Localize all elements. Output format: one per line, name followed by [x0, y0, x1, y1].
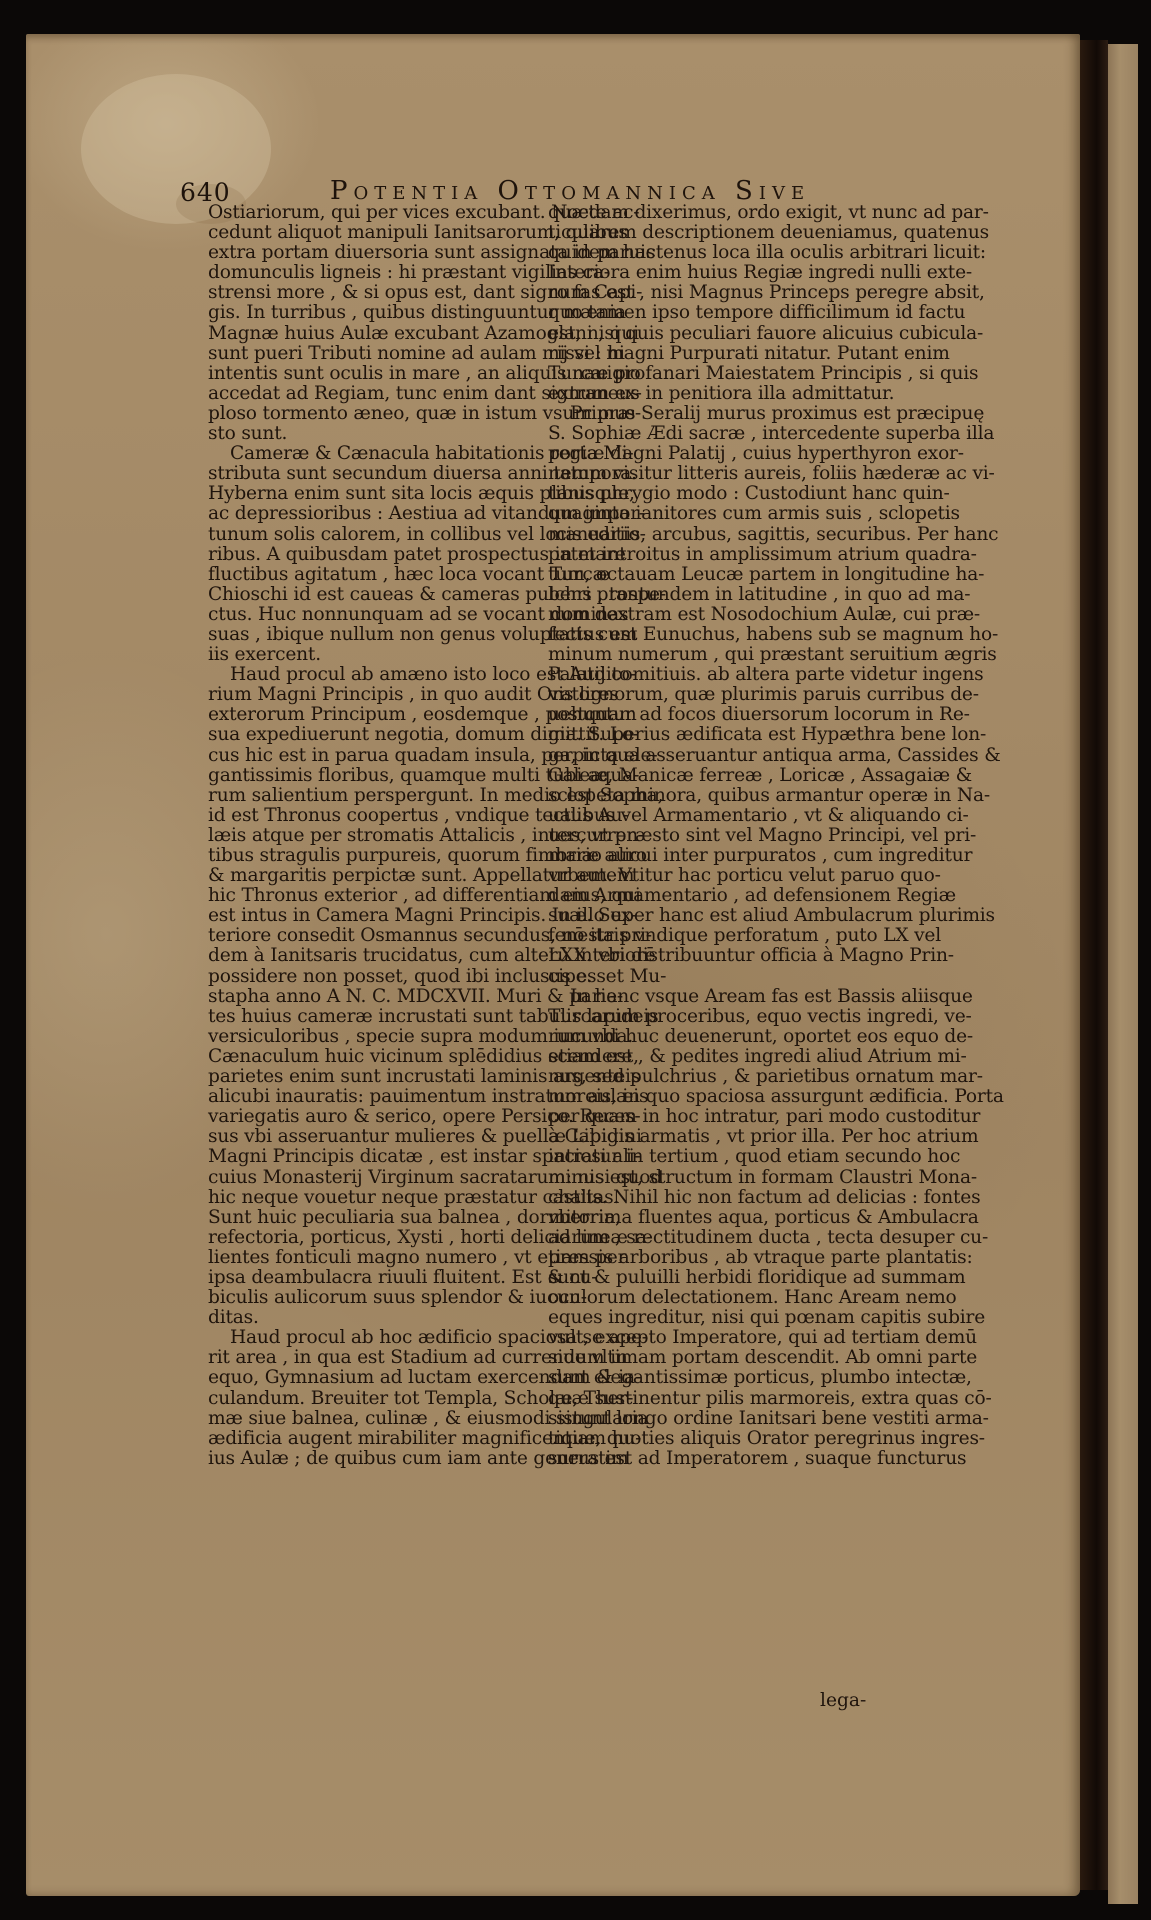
text-line: num dextram est Nosodochium Aulæ, cui pr… [548, 605, 874, 625]
text-line: vult, excepto Imperatore, qui ad tertiam… [548, 1328, 874, 1348]
text-line: sus vbi asseruantur mulieres & puellæ Li… [208, 1127, 533, 1147]
text-line: gis. In turribus , quibus distinguuntur … [208, 303, 533, 323]
text-line: Galeæ, Manicæ ferreæ , Loricæ , Assagaiæ… [548, 766, 874, 786]
text-line: domunculis ligneis : hi præstant vigilia… [208, 263, 533, 283]
text-line: intratur in tertium , quod etiam secundo… [548, 1147, 874, 1167]
text-line: ac depressioribus : Aestiua ad vitandum … [208, 504, 533, 524]
text-line: ro fas est , nisi Magnus Princeps peregr… [548, 283, 874, 303]
text-line: Palatij comitiuis. ab altera parte videt… [548, 665, 874, 685]
text-line: intentis sunt oculis in mare , an aliqui… [208, 364, 533, 384]
text-line: alicubi inauratis: pauimentum instratum … [208, 1087, 533, 1107]
text-line: In hanc vsque Aream fas est Bassis aliis… [548, 987, 874, 1007]
adjacent-page-edge [1108, 44, 1138, 1904]
text-line: sclopeta minora, quibus armantur operæ i… [548, 786, 874, 806]
text-line: sua expediuerunt negotia, domum dimittit… [208, 725, 533, 745]
text-line: rij vel magni Purpurati nitatur. Putant … [548, 344, 874, 364]
text-line: Sunt huic peculiaria sua balnea , dormit… [208, 1208, 533, 1228]
text-line: Haud procul ab hoc ædificio spaciosa se … [208, 1328, 533, 1348]
text-line: cipe. [548, 967, 874, 987]
text-line: moreis, in quo spaciosa assurgunt ædific… [548, 1087, 874, 1107]
text-line: Cameræ & Cænacula habitationis regiæ di- [208, 444, 533, 464]
text-line: sunt & puluilli herbidi floridique ad su… [548, 1268, 874, 1288]
text-line: quæ sustinentur pilis marmoreis, extra q… [548, 1389, 874, 1409]
text-line: tibus stragulis purpureis, quorum fimbri… [208, 846, 533, 866]
text-line: Ostiariorum, qui per vices excubant. Noc… [208, 203, 533, 223]
text-line: ploso tormento æneo, quæ in istum vsum p… [208, 404, 533, 424]
text-line: cuius Monasterij Virginum sacratarum: ni… [208, 1168, 533, 1188]
text-line: & margaritis perpictæ sunt. Appellatur a… [208, 866, 533, 886]
text-line: patet introitus in amplissimum atrium qu… [548, 545, 874, 565]
text-line: vberrima fluentes aqua, porticus & Ambul… [548, 1208, 874, 1228]
text-line: extraneus in penitiora illa admittatur. [548, 384, 874, 404]
text-line: possidere non posset, quod ibi inclusus … [208, 967, 533, 987]
text-line: porta Magni Palatij , cuius hyperthyron … [548, 444, 874, 464]
text-line: exterorum Principum , eosdemque , postqu… [208, 705, 533, 725]
text-line: parietes enim sunt incrustati laminis ar… [208, 1067, 533, 1087]
text-line: mario alicui inter purpuratos , cum ingr… [548, 846, 874, 866]
text-line: quidem hactenus loca illa oculis arbitra… [548, 243, 874, 263]
text-line: pressis arboribus , ab vtraque parte pla… [548, 1248, 874, 1268]
text-line: ticularem descriptionem deueniamus, quat… [548, 223, 874, 243]
text-line: Magni Principis dicatæ , est instar spac… [208, 1147, 533, 1167]
text-line: manuariis, arcubus, sagittis, securibus.… [548, 525, 874, 545]
text-line: ad lineæ rectitudinem ducta , tecta desu… [548, 1228, 874, 1248]
text-line: id est Thronus coopertus , vndique tectu… [208, 806, 533, 826]
text-line: dem à Ianitsaris trucidatus, cum alterū … [208, 946, 533, 966]
text-line: sistunt longo ordine Ianitsari bene vest… [548, 1409, 874, 1429]
text-line: ius Aulæ ; de quibus cum iam ante genera… [208, 1449, 533, 1469]
text-column-right: quædam dixerimus, ordo exigit, vt nunc a… [548, 203, 874, 1469]
text-line: vis lignorum, quæ plurimis paruis currib… [548, 685, 874, 705]
text-line: fectus est Eunuchus, habens sub se magnu… [548, 625, 874, 645]
text-line: cus hic est in parua quadam insula, perp… [208, 746, 533, 766]
text-line: chalis. Nihil hic non factum ad delicias… [548, 1188, 874, 1208]
text-line: uehuntur ad focos diuersorum locorum in … [548, 705, 874, 725]
text-line: Interiora enim huius Regiæ ingredi nulli… [548, 263, 874, 283]
text-line: iis exercent. [208, 645, 533, 665]
text-line: quaginta ianitores cum armis suis , sclo… [548, 504, 874, 524]
text-line: ualibus vel Armamentario , vt & aliquand… [548, 806, 874, 826]
text-line: stributa sunt secundum diuersa anni temp… [208, 464, 533, 484]
text-line: ga, in qua asseruantur antiqua arma, Cas… [548, 746, 874, 766]
text-line: accedat ad Regiam, tunc enim dant signum… [208, 384, 533, 404]
text-line: extra portam diuersoria sunt assignata i… [208, 243, 533, 263]
text-line: Turcarum proceribus, equo vectis ingredi… [548, 1007, 874, 1027]
text-line: lientes fonticuli magno numero , vt etia… [208, 1248, 533, 1268]
text-line: ædificia augent mirabiliter magnificenti… [208, 1429, 533, 1449]
text-line: tibus phrygio modo : Custodiunt hanc qui… [548, 484, 874, 504]
text-column-left: Ostiariorum, qui per vices excubant. Noc… [208, 203, 533, 1469]
text-line: tes huius cameræ incrustati sunt tabulis… [208, 1007, 533, 1027]
text-line: bens , tantundem in latitudine , in quo … [548, 585, 874, 605]
text-line: tum, octauam Leucæ partem in longitudine… [548, 565, 874, 585]
text-line: culandum. Breuiter tot Templa, Scholæ, T… [208, 1389, 533, 1409]
text-line: quædam dixerimus, ordo exigit, vt nunc a… [548, 203, 874, 223]
text-line: Primus Seralij murus proximus est præcip… [548, 404, 874, 424]
text-line: à Capigis armatis , vt prior illa. Per h… [548, 1127, 874, 1147]
scan-background-edge [1138, 0, 1151, 1920]
text-line: S. Sophiæ Ædi sacræ , intercedente super… [548, 424, 874, 444]
text-line: minum numerum , qui præstant seruitium æ… [548, 645, 874, 665]
text-line: refectoria, porticus, Xysti , horti deli… [208, 1228, 533, 1248]
text-line: læis atque per stromatis Attalicis , int… [208, 826, 533, 846]
text-line: sto sunt. [208, 424, 533, 444]
text-line: ipsa deambulacra riuuli fluitent. Est & … [208, 1268, 533, 1288]
text-line: Chioschi id est caueas & cameras pulchri… [208, 585, 533, 605]
text-line: est intus in Camera Magni Principis. In … [208, 906, 533, 926]
text-line: dam Armamentario , ad defensionem Regiæ [548, 886, 874, 906]
text-line: versiculoribus , specie supra modum iucu… [208, 1027, 533, 1047]
text-line: equo, Gymnasium ad luctam exercendam & i… [208, 1368, 533, 1388]
text-line: stapha anno A N. C. MDCXVII. Muri & pari… [208, 987, 533, 1007]
text-line: ctus. Huc nonnunquam ad se vocant domina… [208, 605, 533, 625]
text-line: cedunt aliquot manipuli Ianitsarorum, qu… [208, 223, 533, 243]
text-line: rit area , in qua est Stadium ad currend… [208, 1348, 533, 1368]
text-line: gia. Superius ædificata est Hypæthra ben… [548, 725, 874, 745]
page-header: 640 Potentia Ottomannica Sive [180, 172, 900, 206]
text-line: eques ingreditur, nisi qui pœnam capitis… [548, 1308, 874, 1328]
text-line: hic neque vouetur neque præstatur castit… [208, 1188, 533, 1208]
text-line: suas , ibique nullum non genus voluptati… [208, 625, 533, 645]
text-line: vrbem. Vtitur hac porticu velut paruo qu… [548, 866, 874, 886]
text-line: ues, vt præsto sint vel Magno Principi, … [548, 826, 874, 846]
text-line: est, nisi quis peculiari fauore alicuius… [548, 324, 874, 344]
text-line: Hyberna enim sunt sita locis æquis plani… [208, 484, 533, 504]
text-line: biculis aulicorum suus splendor & iucun- [208, 1288, 533, 1308]
text-line: Turcæ profanari Maiestatem Principis , s… [548, 364, 874, 384]
text-line: ditas. [208, 1308, 533, 1328]
text-line: scendere , & pedites ingredi aliud Atriu… [548, 1047, 874, 1067]
text-line: LXX. vbi distribuuntur officia à Magno P… [548, 946, 874, 966]
text-line: Magnæ huius Aulæ excubant Azamoglani , q… [208, 324, 533, 344]
text-line: rum vbi huc deuenerunt, oportet eos equo… [548, 1027, 874, 1047]
text-line: hic Thronus exterior , ad differentiam e… [208, 886, 533, 906]
text-line: teriore consedit Osmannus secundus, nō i… [208, 926, 533, 946]
text-line: siue vltimam portam descendit. Ab omni p… [548, 1348, 874, 1368]
text-line: oculorum delectationem. Hanc Aream nemo [548, 1288, 874, 1308]
book-gutter [1080, 40, 1108, 1890]
text-line: fenestris vndique perforatum , puto LX v… [548, 926, 874, 946]
text-line: rum salientium perspergunt. In medio est… [208, 786, 533, 806]
text-line: rium Magni Principis , in quo audit Orat… [208, 685, 533, 705]
text-line: ribus. A quibusdam patet prospectus in m… [208, 545, 533, 565]
catchword: lega- [820, 1690, 866, 1711]
text-line: tunum solis calorem, in collibus vel loc… [208, 525, 533, 545]
text-line: nus, sed pulchrius , & parietibus ornatu… [548, 1067, 874, 1087]
text-line: minus est, structum in formam Claustri M… [548, 1168, 874, 1188]
text-line: natum visitur litteris aureis, foliis hæ… [548, 464, 874, 484]
text-line: variegatis auro & serico, opere Persico.… [208, 1107, 533, 1127]
text-line: mæ siue balnea, culinæ , & eiusmodi sing… [208, 1409, 533, 1429]
text-line: Haud procul ab amæno isto loco est Audit… [208, 665, 533, 685]
text-line: per quam in hoc intratur, pari modo cust… [548, 1107, 874, 1127]
text-line: Cænaculum huic vicinum splēdidius etiam … [208, 1047, 533, 1067]
text-line: fluctibus agitatum , hæc loca vocant Tur… [208, 565, 533, 585]
text-line: strensi more , & si opus est, dant signu… [208, 283, 533, 303]
text-line: gantissimis floribus, quamque multi tubi… [208, 766, 533, 786]
text-line: suæ. Super hanc est aliud Ambulacrum plu… [548, 906, 874, 926]
text-line: sunt pueri Tributi nomine ad aulam missi… [208, 344, 533, 364]
text-line: tique, quoties aliquis Orator peregrinus… [548, 1429, 874, 1449]
text-line: surus est ad Imperatorem , suaque functu… [548, 1449, 874, 1469]
text-line: quo tamen ipso tempore difficilimum id f… [548, 303, 874, 323]
text-line: sunt elegantissimæ porticus, plumbo inte… [548, 1368, 874, 1388]
